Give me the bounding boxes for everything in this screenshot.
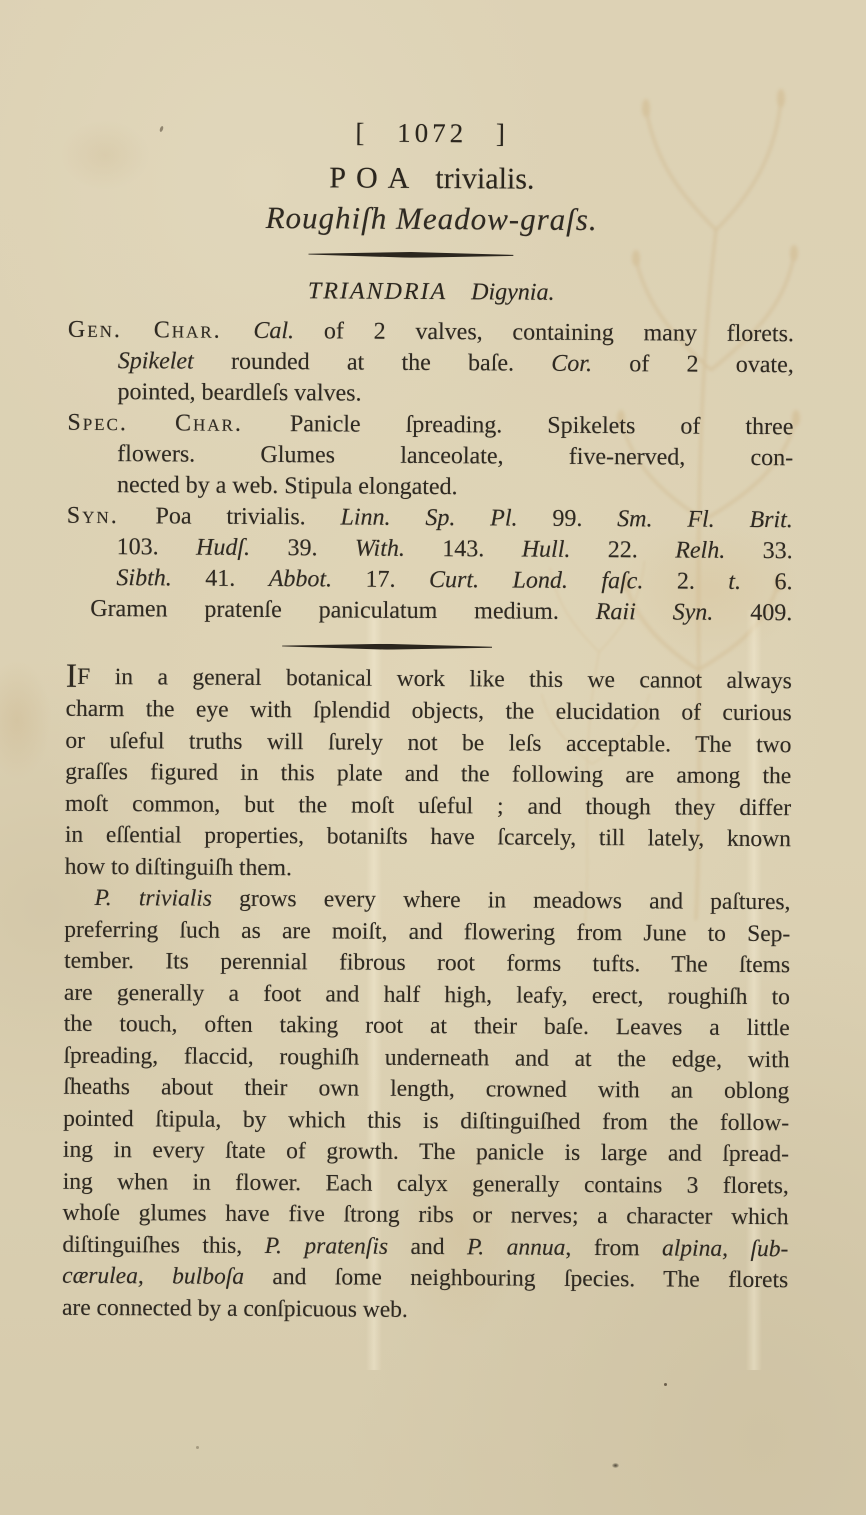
text-line: are generally a foot and half high, leaf…	[64, 977, 790, 1013]
text-segment: P. annua	[467, 1234, 566, 1261]
text-segment: 2.	[677, 569, 729, 595]
text-segment: Spec. Char.	[67, 410, 290, 437]
text-line: ſpreading, flaccid, roughiſh underneath …	[63, 1040, 789, 1076]
synonyms-section: Syn. Poa trivialis. Linn. Sp. Pl. 99. Sm…	[66, 501, 793, 629]
text-line: Spec. Char. Panicle ſpreading. Spikelets…	[67, 408, 793, 443]
text-segment: 17.	[366, 567, 430, 593]
text-line: cærulea, bulboſa and ſome neighbouring ſ…	[62, 1261, 788, 1297]
text-segment: 41.	[205, 566, 269, 592]
text-segment: F in a general botanical work like this …	[77, 664, 792, 694]
text-line: Syn. Poa trivialis. Linn. Sp. Pl. 99. Sm…	[67, 501, 793, 536]
text-segment: Hudſ.	[196, 535, 288, 562]
text-line: ing in every ſtate of growth. The panicl…	[63, 1135, 789, 1171]
text-line: are connected by a conſpicuous web.	[62, 1292, 788, 1328]
text-segment: I	[66, 658, 78, 695]
text-line: 103. Hudſ. 39. With. 143. Hull. 22. Relh…	[117, 532, 793, 567]
text-segment: rounded at the baſe.	[231, 349, 551, 377]
ink-speck	[612, 1463, 619, 1468]
text-line: Sibth. 41. Abbot. 17. Curt. Lond. faſc. …	[116, 563, 792, 598]
text-segment: Relh.	[675, 537, 763, 564]
text-segment: Abbot.	[269, 566, 366, 593]
page-number: [ 1072 ]	[69, 116, 795, 151]
text-segment: Cal.	[253, 318, 324, 344]
text-segment: Curt. Lond. faſc.	[429, 567, 677, 595]
specific-character-section: Spec. Char. Panicle ſpreading. Spikelets…	[67, 408, 794, 505]
text-segment: of 2 ovate,	[629, 351, 794, 378]
body-paragraph-1: IF in a general botanical work like this…	[65, 660, 792, 887]
text-segment: 33.	[763, 538, 793, 564]
text-segment: Poa trivialis.	[155, 503, 340, 530]
text-segment: of 2 valves, containing many florets.	[324, 318, 794, 347]
text-segment: , from	[565, 1234, 662, 1261]
classification-line: TRIANDRIADigynia.	[68, 277, 794, 308]
text-line: P. trivialis grows every where in meadow…	[94, 883, 790, 919]
text-segment: Gen. Char.	[68, 317, 254, 344]
book-page: [ 1072 ] POAtrivialis. Roughiſh Meadow-g…	[0, 0, 866, 1515]
text-segment: and ſome neighbouring ſpecies. The flore…	[272, 1264, 788, 1293]
ink-speck	[664, 1383, 667, 1386]
swelled-rule-middle	[282, 643, 492, 650]
text-segment: and	[410, 1233, 467, 1259]
text-line: graſſes figured in this plate and the fo…	[65, 757, 791, 793]
text-line: Gen. Char. Cal. of 2 valves, containing …	[68, 315, 794, 350]
text-line: moſt common, but the moſt uſeful ; and t…	[65, 788, 791, 824]
text-line: Spikelet rounded at the baſe. Cor. of 2 …	[118, 346, 794, 381]
text-line: ing when in flower. Each calyx generally…	[63, 1166, 789, 1202]
text-segment: 22.	[608, 537, 676, 563]
text-line: charm the eye with ſplendid objects, the…	[66, 694, 792, 730]
paper-stain	[0, 660, 52, 780]
text-segment: Sm. Fl. Brit.	[617, 506, 793, 533]
text-line: diſtinguiſhes this, P. pratenſis and P. …	[62, 1229, 788, 1265]
text-line: the touch, often taking root at their ba…	[64, 1009, 790, 1045]
text-line: whoſe glumes have five ſtrong ribs or ne…	[62, 1198, 788, 1234]
text-segment: diſtinguiſhes this,	[62, 1231, 265, 1258]
text-segment: 99.	[552, 506, 617, 532]
text-line: preferring ſuch as are moiſt, and flower…	[64, 914, 790, 950]
body-paragraph-2: P. trivialis grows every where in meadow…	[62, 883, 791, 1328]
text-segment: Sibth.	[116, 565, 205, 592]
common-name: Roughiſh Meadow-graſs.	[69, 199, 795, 239]
text-line: ſheaths about their own length, crowned …	[63, 1072, 789, 1108]
species-title: POAtrivialis.	[69, 160, 795, 198]
genus-name: POA	[329, 161, 419, 195]
text-segment: 103.	[117, 534, 197, 560]
text-segment: With.	[355, 536, 443, 563]
text-line: flowers. Glumes lanceolate, five-nerved,…	[117, 439, 793, 474]
text-segment: Syn.	[67, 503, 156, 530]
text-segment: alpina, ſub-	[662, 1235, 788, 1262]
text-line: how to diſtinguiſh them.	[65, 851, 791, 887]
text-line: Gramen pratenſe paniculatum medium. Raii…	[90, 594, 792, 629]
text-segment: t.	[728, 569, 774, 595]
text-line: in eſſential properties, botaniſts have …	[65, 820, 791, 856]
generic-character-section: Gen. Char. Cal. of 2 valves, containing …	[68, 315, 795, 412]
text-line: IF in a general botanical work like this…	[66, 660, 792, 698]
text-segment: grows every where in meadows and paſture…	[239, 886, 790, 915]
page-content: [ 1072 ] POAtrivialis. Roughiſh Meadow-g…	[62, 0, 796, 1328]
text-line: or uſeful truths will ſurely not be leſs…	[65, 725, 791, 761]
swelled-rule-top	[308, 251, 513, 258]
text-segment: cærulea, bulboſa	[62, 1263, 272, 1290]
text-segment: P. trivialis	[94, 885, 239, 912]
text-segment: Spikelet	[118, 348, 231, 375]
species-epithet: trivialis.	[435, 162, 534, 196]
text-segment: Cor.	[551, 351, 629, 377]
ink-speck	[196, 1446, 199, 1449]
linnaean-class: TRIANDRIA	[308, 278, 447, 305]
linnaean-order: Digynia.	[471, 279, 554, 306]
text-segment: Hull.	[522, 537, 608, 564]
text-segment: 6.	[774, 569, 792, 595]
text-line: nected by a web. Stipula elongated.	[117, 470, 793, 505]
text-line: pointed, beardleſs valves.	[118, 377, 794, 412]
text-segment: Linn. Sp. Pl.	[340, 504, 552, 531]
text-segment: 409.	[750, 600, 792, 626]
text-line: pointed ſtipula, by which this is diſtin…	[63, 1103, 789, 1139]
text-line: tember. Its perennial fibrous root forms…	[64, 946, 790, 982]
text-segment: 143.	[442, 536, 522, 562]
text-segment: Gramen pratenſe paniculatum medium.	[90, 596, 596, 625]
text-segment: Raii Syn.	[596, 599, 751, 626]
text-segment: Panicle ſpreading. Spikelets of three	[290, 411, 794, 440]
text-segment: 39.	[287, 535, 355, 561]
text-segment: P. pratenſis	[265, 1232, 411, 1259]
